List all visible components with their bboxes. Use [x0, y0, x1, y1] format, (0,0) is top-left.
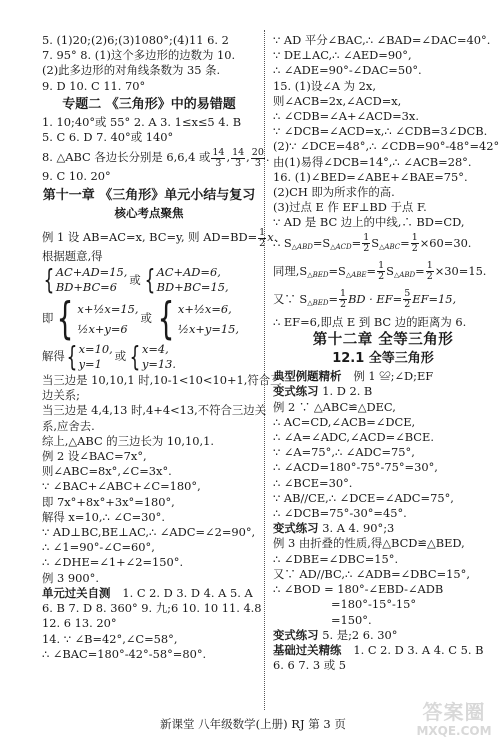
brace-icon: {	[130, 343, 141, 371]
area-equation-3: 又∵ S△BED=12BD · EF=52EF=15,	[273, 287, 493, 315]
answer-line: ∴ ∠ADE=90°-∠DAC=50°.	[273, 63, 493, 78]
brace-icon: {	[57, 297, 74, 341]
answer-line: =180°-15°-15°	[273, 597, 493, 612]
answer-line: 当三边是 10,10,1 时,10-1<10<10+1,符合三	[42, 373, 256, 388]
answer-line: ∵ DE⊥AC,∴ ∠AED=90°,	[273, 48, 493, 63]
answer-line: ∴ AC=CD,∠ACB=∠DCE,	[273, 415, 493, 430]
chapter11-heading: 第十一章 《三角形》单元小结与复习	[42, 188, 256, 203]
answer-line: 9. C 10. 20°	[42, 169, 256, 184]
answer-line: 6. 6 7. 3 或 5	[273, 658, 493, 673]
answer-line: 当三边是 4,4,13 时,4+4<13,不符合三边关	[42, 403, 256, 418]
answer-line: 边关系;	[42, 388, 256, 403]
answer-line: ∵ AD 是 BC 边上的中线,∴ BD=CD,	[273, 215, 493, 230]
basic-practice-line: 基础过关精练1. C 2. D 3. A 4. C 5. B	[273, 643, 493, 658]
answer-line-q8: 8. △ABC 各边长分别是 6,6,4 或143,143,203.	[42, 145, 256, 169]
answer-line: ∴ ∠DCB=75°-30°=45°.	[273, 506, 493, 521]
core-points-heading: 核心考点聚焦	[42, 206, 256, 221]
answer-line: ∴ ∠DHE=∠1+∠2=150°.	[42, 555, 256, 570]
example1-line: 例 1 设 AB=AC=x, BC=y, 则 AD=BD=12x.	[42, 225, 256, 249]
brace-icon: {	[66, 343, 77, 371]
answer-line: 例 3 由折叠的性质,得△BCD≌△BED,	[273, 536, 493, 551]
variant-practice-label: 变式练习	[273, 521, 319, 535]
solution-system: 解得 { x=10,y=1 或 { x=4,y=13.	[42, 342, 256, 372]
answer-line: 5. C 6. D 7. 40°或 140°	[42, 130, 256, 145]
answer-line: ∴ ∠DBE=∠DBC=15°.	[273, 552, 493, 567]
answer-line: 5. (1)20;(2)6;(3)1080°;(4)11 6. 2	[42, 33, 256, 48]
fraction: 12	[377, 261, 385, 282]
answer-line: 6. B 7. D 8. 360° 9. 九;6 10. 10 11. 4.8	[42, 601, 256, 616]
fraction: 12	[258, 228, 266, 249]
answer-line: ∵ AD⊥BC,BE⊥AC,∴ ∠ADC=∠2=90°,	[42, 525, 256, 540]
answer-line: ∴ ∠1=90°-∠C=60°,	[42, 540, 256, 555]
answer-line: 系,应舍去.	[42, 419, 256, 434]
fraction: 12	[426, 261, 434, 282]
answer-line: 根据题意,得	[42, 249, 256, 264]
answer-line: ∵ AB//CE,∴ ∠DCE=∠ADC=75°,	[273, 491, 493, 506]
answer-line: ∵ ∠A=75°,∴ ∠ADC=75°,	[273, 445, 493, 460]
example3-line: 例 3 900°.	[42, 571, 256, 586]
area-equation-2: 同理,S△BED=S△ABE=12S△ABD=12×30=15.	[273, 259, 493, 287]
variant-practice-label: 变式练习	[273, 628, 319, 642]
answer-line: 又∵ AD//BC,∴ ∠ADB=∠DBC=15°,	[273, 567, 493, 582]
answer-line: 16. (1)∠BED=∠ABE+∠BAE=75°.	[273, 170, 493, 185]
variant-practice-line: 变式练习 5. 是;2 6. 30°	[273, 628, 493, 643]
fraction: 52	[403, 289, 411, 310]
answer-line: 9. D 10. C 11. 70°	[42, 79, 256, 94]
page-footer: 新课堂 八年级数学(上册) RJ 第 3 页	[160, 716, 346, 732]
answer-line: ∴ ∠CDB=∠A+∠ACD=3x.	[273, 109, 493, 124]
brace-icon: {	[144, 266, 155, 294]
answer-line: 1. 10;40°或 55° 2. A 3. 1≤x≤5 4. B	[42, 115, 256, 130]
q8-text: 8. △ABC 各边长分别是 6,6,4 或	[42, 150, 210, 164]
answer-line: (2)CH 即为所求作的高.	[273, 185, 493, 200]
variant-practice-label: 变式练习	[273, 384, 319, 398]
example2-line: 例 2 设∠BAC=7x°,	[42, 449, 256, 464]
answer-line: (2)此多边形的对角线条数为 35 条.	[42, 63, 256, 78]
left-column: 5. (1)20;(2)6;(3)1080°;(4)11 6. 2 7. 95°…	[42, 33, 256, 662]
answer-line: 15. (1)设∠A 为 2x,	[273, 79, 493, 94]
answer-line: 则∠ABC=8x°,∠C=3x°.	[42, 464, 256, 479]
equation-system-1: { AC+AD=15,BD+BC=6 或 { AC+AD=6,BD+BC=15,	[42, 265, 256, 295]
answer-line: 即 7x°+8x°+3x°=180°,	[42, 495, 256, 510]
unit-test-label: 单元过关自测	[42, 586, 110, 600]
fraction: 12	[362, 233, 370, 254]
equation-system-2: 即 { x+½x=15,½x+y=6 或 { x+½x=6,½x+y=15,	[42, 297, 256, 341]
fraction: 143	[211, 148, 225, 169]
answer-line: ∴ ∠ACD=180°-75°-75°=30°,	[273, 460, 493, 475]
answer-line: (2)∵ ∠DCE=48°,∴ ∠CDB=90°-48°=42°.	[273, 139, 493, 154]
answer-line: =150°.	[273, 613, 493, 628]
answer-line: ∴ ∠BOD = 180°-∠EBD-∠ADB	[273, 582, 493, 597]
right-column: ∵ AD 平分∠BAC,∴ ∠BAD=∠DAC=40°. ∵ DE⊥AC,∴ ∠…	[273, 33, 493, 673]
answer-line: (3)过点 E 作 EF⊥BD 于点 F.	[273, 200, 493, 215]
brace-icon: {	[44, 266, 55, 294]
answer-line: 则∠ACB=2x,∠ACD=x,	[273, 94, 493, 109]
variant-practice-line: 变式练习 1. D 2. B	[273, 384, 493, 399]
fraction: 143	[231, 148, 245, 169]
answer-line: 解得 x=10,∴ ∠C=30°.	[42, 510, 256, 525]
answer-line: 12. 6 13. 20°	[42, 616, 256, 631]
answer-key-page: 5. (1)20;(2)6;(3)1080°;(4)11 6. 2 7. 95°…	[0, 0, 500, 748]
column-divider	[264, 30, 265, 710]
unit-test-line: 单元过关自测1. C 2. D 3. D 4. A 5. A	[42, 586, 256, 601]
brace-icon: {	[158, 297, 175, 341]
topic2-heading: 专题二 《三角形》中的易错题	[42, 97, 256, 112]
watermark-logo: 答案圈 MXQE.COM	[412, 700, 496, 744]
fraction: 12	[411, 233, 419, 254]
fraction: 12	[339, 289, 347, 310]
answer-line: 综上,△ABC 的三边长为 10,10,1.	[42, 434, 256, 449]
answer-line: 例 2 ∵ △ABC≌△DEC,	[273, 400, 493, 415]
section-12-1-heading: 12.1 全等三角形	[273, 351, 493, 366]
chapter12-heading: 第十二章 全等三角形	[273, 333, 493, 348]
answer-line: ∵ ∠BAC+∠ABC+∠C=180°,	[42, 479, 256, 494]
answer-line: ∴ EF=6,即点 E 到 BC 边的距离为 6.	[273, 315, 493, 330]
answer-line: ∴ ∠BCE=30°.	[273, 476, 493, 491]
answer-line: ∴ ∠A=∠ADC,∠ACD=∠BCE.	[273, 430, 493, 445]
answer-line: ∵ ∠DCB=∠ACD=x,∴ ∠CDB=3∠DCB.	[273, 124, 493, 139]
answer-line: 7. 95° 8. (1)这个多边形的边数为 10.	[42, 48, 256, 63]
typical-examples-label: 典型例题精析	[273, 369, 341, 383]
typical-examples-line: 典型例题精析例 1 ≌;∠D;EF	[273, 369, 493, 384]
fraction: 203	[251, 148, 265, 169]
variant-practice-line: 变式练习 3. A 4. 90°;3	[273, 521, 493, 536]
answer-line: 由(1)易得∠DCB=14°,∴ ∠ACB=28°.	[273, 155, 493, 170]
area-equation-1: ∴ S△ABD=S△ACD=12S△ABC=12×60=30.	[273, 231, 493, 259]
basic-practice-label: 基础过关精练	[273, 643, 341, 657]
answer-line: ∵ AD 平分∠BAC,∴ ∠BAD=∠DAC=40°.	[273, 33, 493, 48]
answer-line: ∴ ∠BAC=180°-42°-58°=80°.	[42, 647, 256, 662]
answer-line: 14. ∵ ∠B=42°,∠C=58°,	[42, 632, 256, 647]
